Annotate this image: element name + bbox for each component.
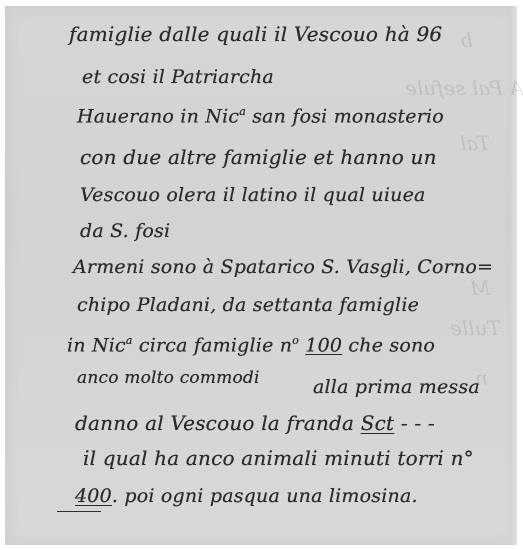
bleed-through-text: M — [470, 276, 490, 300]
manuscript-line-13: 400. poi ogni pasqua una limosina. — [75, 485, 418, 507]
abbrev-superscript: a — [239, 105, 246, 118]
manuscript-line-10a: anco molto commodi — [77, 368, 260, 388]
line-text: in Nic — [67, 334, 126, 356]
bleed-through-text: b — [460, 28, 473, 52]
bleed-through-text: Tulle — [450, 316, 501, 340]
manuscript-line-9: in Nica circa famiglie no 100 che sono — [67, 334, 435, 356]
manuscript-line-3: Hauerano in Nica san fosi monasterio — [77, 105, 444, 127]
manuscript-line-11: danno al Vescouo la franda Sct - - - — [75, 411, 435, 435]
line-text: - - - — [394, 411, 435, 435]
underline-stroke — [57, 511, 101, 512]
underlined-abbrev: Sct — [361, 411, 395, 435]
manuscript-line-4: con due altre famiglie et hanno un — [80, 145, 437, 169]
line-text: che sono — [342, 334, 435, 356]
line-text: san fosi monasterio — [246, 105, 444, 127]
manuscript-line-1: famiglie dalle quali il Vescouo hà 96 — [69, 22, 442, 46]
abbrev-superscript: a — [126, 334, 133, 347]
manuscript-page: b 1 t. A Pal sefule Tal M Tulle n famigl… — [5, 6, 517, 545]
manuscript-line-6: da S. fosi — [80, 220, 170, 242]
line-text: danno al Vescouo la franda — [75, 411, 361, 435]
bleed-through-text: 1 t. A Pal sefule — [405, 76, 523, 100]
line-text: circa famiglie n — [133, 334, 293, 356]
line-text: Hauerano in Nic — [77, 105, 239, 127]
line-text: . poi ogni pasqua una limosina. — [112, 485, 418, 507]
underlined-number: 100 — [305, 334, 342, 356]
bleed-through-text: Tal — [460, 131, 490, 155]
manuscript-line-2: et cosi il Patriarcha — [82, 66, 274, 88]
manuscript-line-10b: alla prima messa — [313, 376, 480, 398]
manuscript-line-5: Vescouo olera il latino il qual uiuea — [80, 184, 426, 206]
manuscript-line-7: Armeni sono à Spatarico S. Vasgli, Corno… — [73, 256, 493, 278]
manuscript-line-12: il qual ha anco animali minuti torri n° — [83, 446, 474, 470]
underlined-number: 400 — [75, 485, 112, 507]
manuscript-line-8: chipo Pladani, da settanta famiglie — [77, 294, 419, 316]
